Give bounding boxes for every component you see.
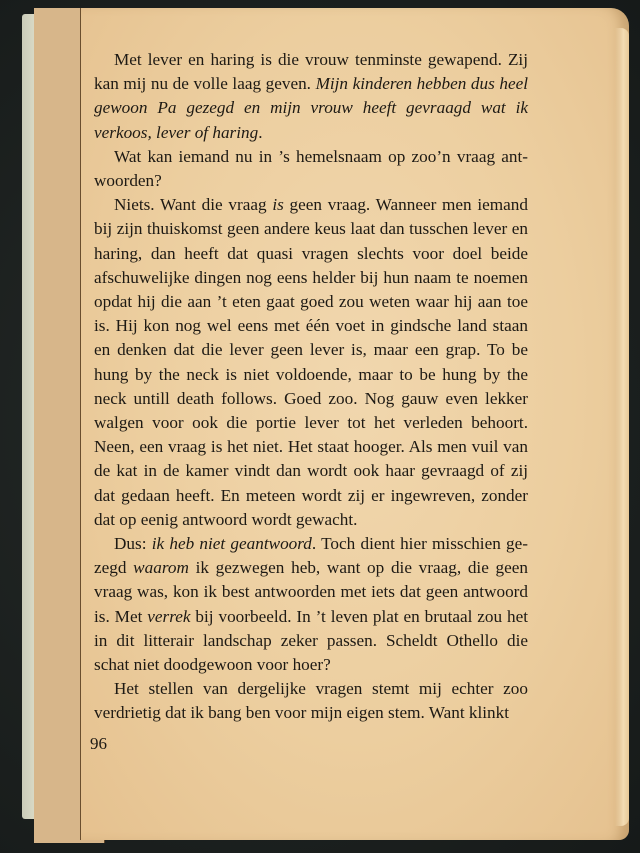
paragraph: Dus: ik heb niet geantwoord. Toch dient … <box>94 532 528 677</box>
italic-text: waarom <box>133 558 189 577</box>
paragraph: Het stellen van dergelijke vragen stemt … <box>94 677 528 725</box>
page-number: 96 <box>90 734 107 754</box>
text-segment: . <box>258 123 262 142</box>
paragraph: Met lever en haring is die vrouw tenmins… <box>94 48 528 145</box>
text-segment: Niets. Want die vraag <box>114 195 272 214</box>
text-segment: geen vraag. Wanneer men iemand bij zijn … <box>94 195 528 529</box>
text-segment: Het stellen van dergelijke vragen stemt … <box>94 679 528 722</box>
paragraph: Niets. Want die vraag is geen vraag. Wan… <box>94 193 528 532</box>
italic-text: verrek <box>147 607 190 626</box>
italic-text: is <box>272 195 283 214</box>
italic-text: ik heb niet geantwoord <box>152 534 312 553</box>
page-stack <box>34 8 84 843</box>
page-curl-edge <box>615 28 629 826</box>
text-segment: Dus: <box>114 534 152 553</box>
paragraph: Wat kan iemand nu in ’s hemelsnaam op zo… <box>94 145 528 193</box>
page-body-text: Met lever en haring is die vrouw tenmins… <box>94 48 528 726</box>
text-segment: Wat kan iemand nu in ’s hemelsnaam op zo… <box>94 147 528 190</box>
